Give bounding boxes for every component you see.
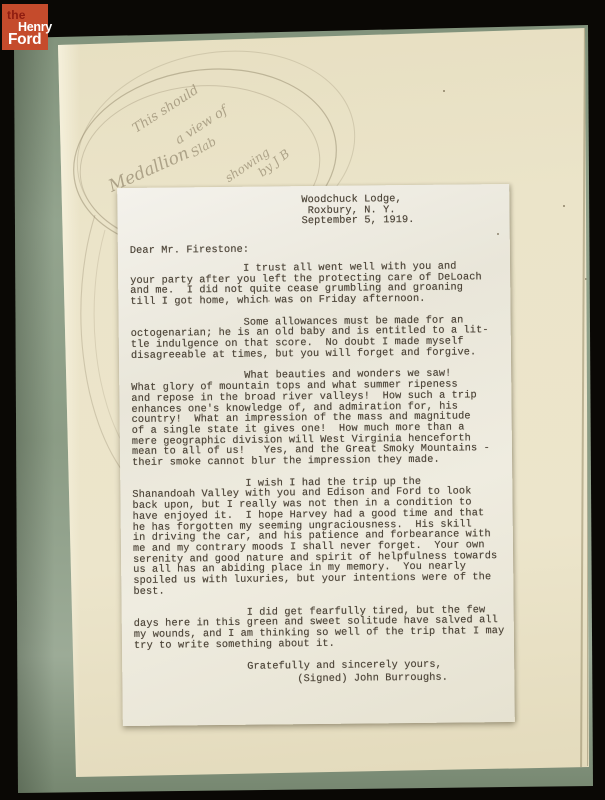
letter-paragraph: I trust all went well with you and your … — [130, 261, 502, 308]
letter-paragraph: I did get fearfully tired, but the few d… — [134, 605, 506, 652]
letter-signature: (Signed) John Burroughs. — [297, 671, 506, 686]
letter-paragraph: I wish I had the trip up the Shanandoah … — [132, 476, 505, 598]
scanned-album-photo: This should a view of Slab Medallion sho… — [0, 0, 605, 800]
henry-ford-logo: the Henry Ford — [2, 4, 48, 50]
letter-paragraph: Some allowances must be made for an octo… — [131, 315, 503, 362]
dust-speck — [497, 233, 499, 235]
page-stack-edge-line — [580, 28, 586, 767]
letter-closing-block: Gratefully and sincerely yours, (Signed)… — [247, 658, 506, 687]
dust-speck — [268, 300, 270, 302]
letter-salutation: Dear Mr. Firestone: — [130, 242, 502, 257]
dust-speck — [563, 205, 565, 207]
letter-paragraph: What beauties and wonders we saw! What g… — [131, 368, 504, 468]
dust-speck — [443, 90, 445, 92]
letter-heading: Woodchuck Lodge, Roxbury, N. Y. Septembe… — [301, 193, 501, 227]
logo-text-ford: Ford — [8, 31, 41, 49]
typewritten-letter: Woodchuck Lodge, Roxbury, N. Y. Septembe… — [117, 184, 515, 726]
album-page: This should a view of Slab Medallion sho… — [0, 0, 605, 800]
